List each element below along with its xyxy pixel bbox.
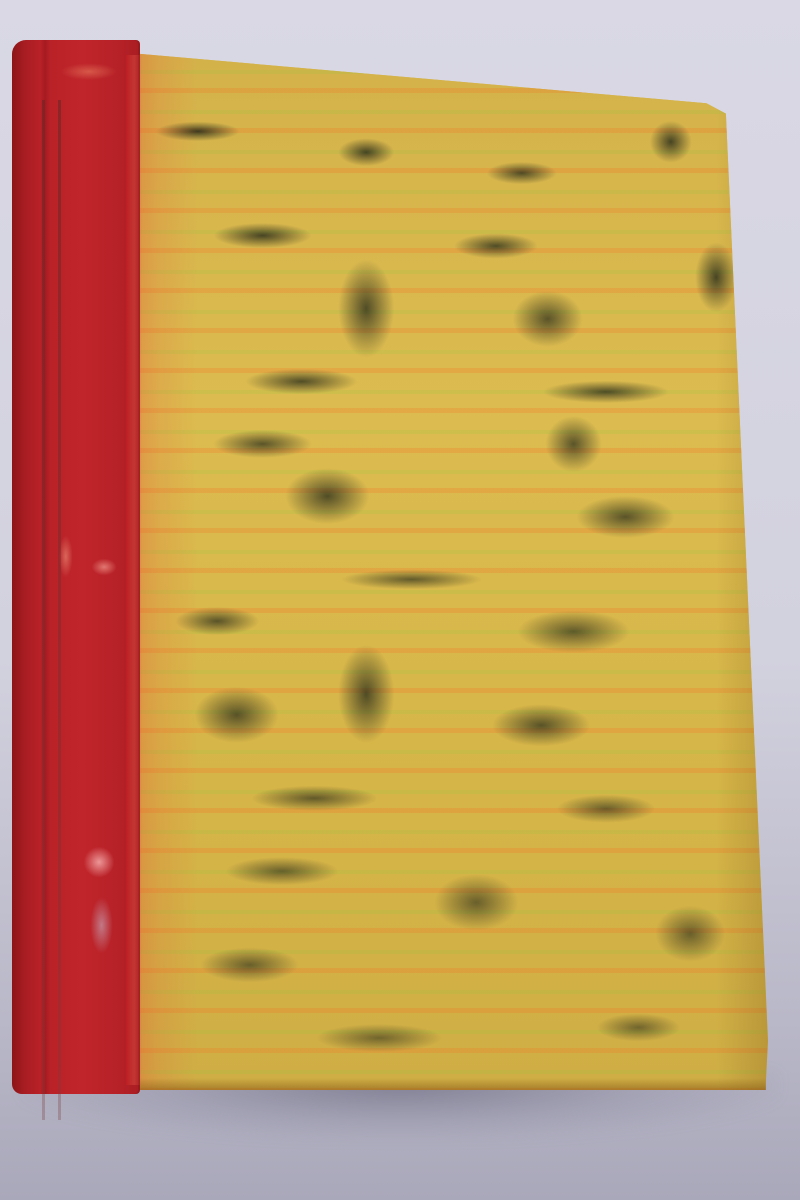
book-cover bbox=[120, 48, 768, 1090]
book bbox=[0, 0, 800, 1200]
spine-ridge bbox=[58, 100, 61, 1120]
book-cover-bottom-edge bbox=[120, 1078, 766, 1090]
spine-ridge bbox=[42, 100, 45, 1120]
photo-scene bbox=[0, 0, 800, 1200]
book-spine bbox=[12, 40, 140, 1094]
spine-cover-joint bbox=[126, 55, 142, 1085]
